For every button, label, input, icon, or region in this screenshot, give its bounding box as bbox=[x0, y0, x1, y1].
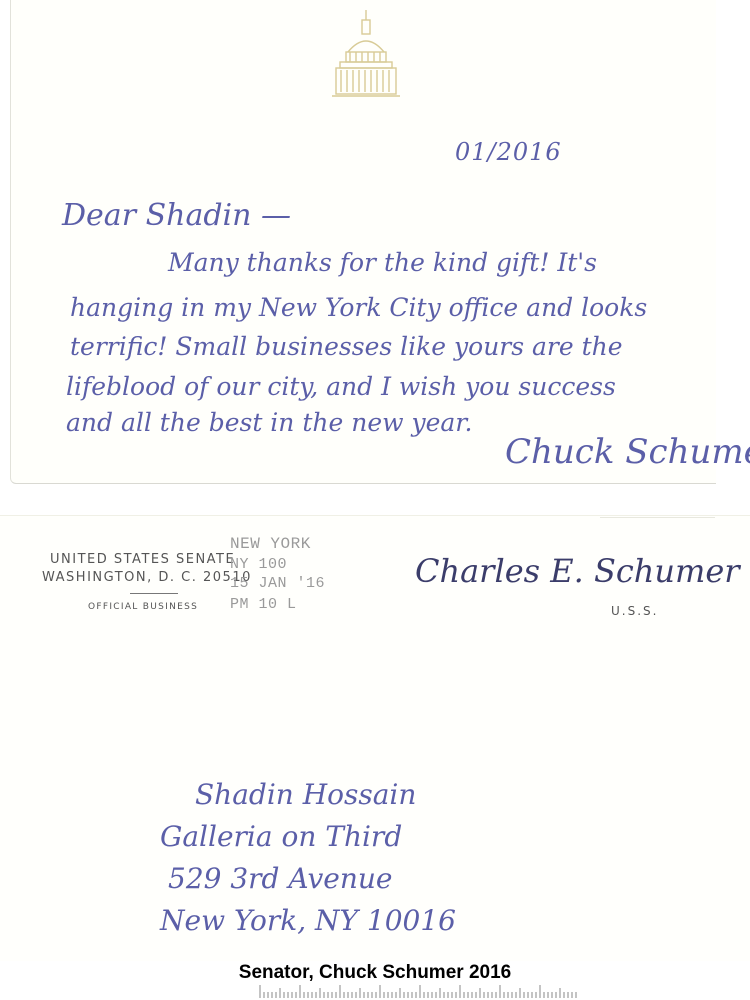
letter-date: 01/2016 bbox=[455, 138, 562, 166]
ruler-scale bbox=[258, 984, 580, 998]
body-line: lifeblood of our city, and I wish you su… bbox=[66, 372, 616, 401]
postmark-line: NEW YORK bbox=[230, 536, 311, 553]
official-business-label: OFFICIAL BUSINESS bbox=[88, 602, 198, 612]
return-address-divider bbox=[130, 593, 178, 594]
postmark-line: PM 10 L bbox=[230, 596, 297, 613]
recipient-business: Galleria on Third bbox=[160, 820, 402, 853]
franking-signature: Charles E. Schumer bbox=[415, 552, 740, 590]
postmark-date: 15 JAN '16 bbox=[230, 575, 325, 592]
recipient-name: Shadin Hossain bbox=[195, 778, 416, 811]
body-line: Many thanks for the kind gift! It's bbox=[168, 248, 597, 277]
body-line: terrific! Small businesses like yours ar… bbox=[70, 332, 623, 361]
caption: Senator, Chuck Schumer 2016 bbox=[0, 962, 750, 984]
recipient-city: New York, NY 10016 bbox=[160, 904, 456, 937]
recipient-street: 529 3rd Avenue bbox=[168, 862, 392, 895]
body-line: and all the best in the new year. bbox=[66, 408, 472, 437]
capitol-dome-icon bbox=[328, 8, 404, 100]
body-line: hanging in my New York City office and l… bbox=[70, 293, 647, 322]
franking-title: U.S.S. bbox=[611, 604, 658, 618]
postmark-line: NY 100 bbox=[230, 556, 287, 573]
return-address-line: WASHINGTON, D. C. 20510 bbox=[42, 570, 252, 585]
salutation: Dear Shadin — bbox=[62, 198, 291, 233]
handwritten-signature: Chuck Schumer bbox=[505, 432, 750, 472]
envelope-crease bbox=[600, 517, 715, 518]
return-address-line: UNITED STATES SENATE bbox=[50, 552, 235, 567]
